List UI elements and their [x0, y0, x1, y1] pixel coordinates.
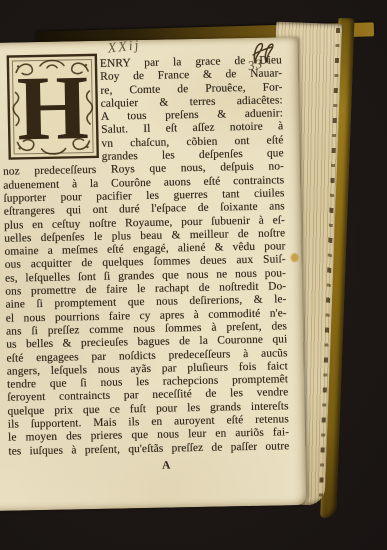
book-photo: XXij 33 — [0, 0, 387, 550]
page-stain — [291, 253, 299, 262]
body-text: ENRY par la grace de Dieu Roy de France … — [1, 54, 290, 474]
printed-page: XXij 33 — [0, 37, 306, 511]
handwritten-scribble: XXij — [107, 37, 198, 58]
signature-mark: A — [26, 457, 307, 474]
